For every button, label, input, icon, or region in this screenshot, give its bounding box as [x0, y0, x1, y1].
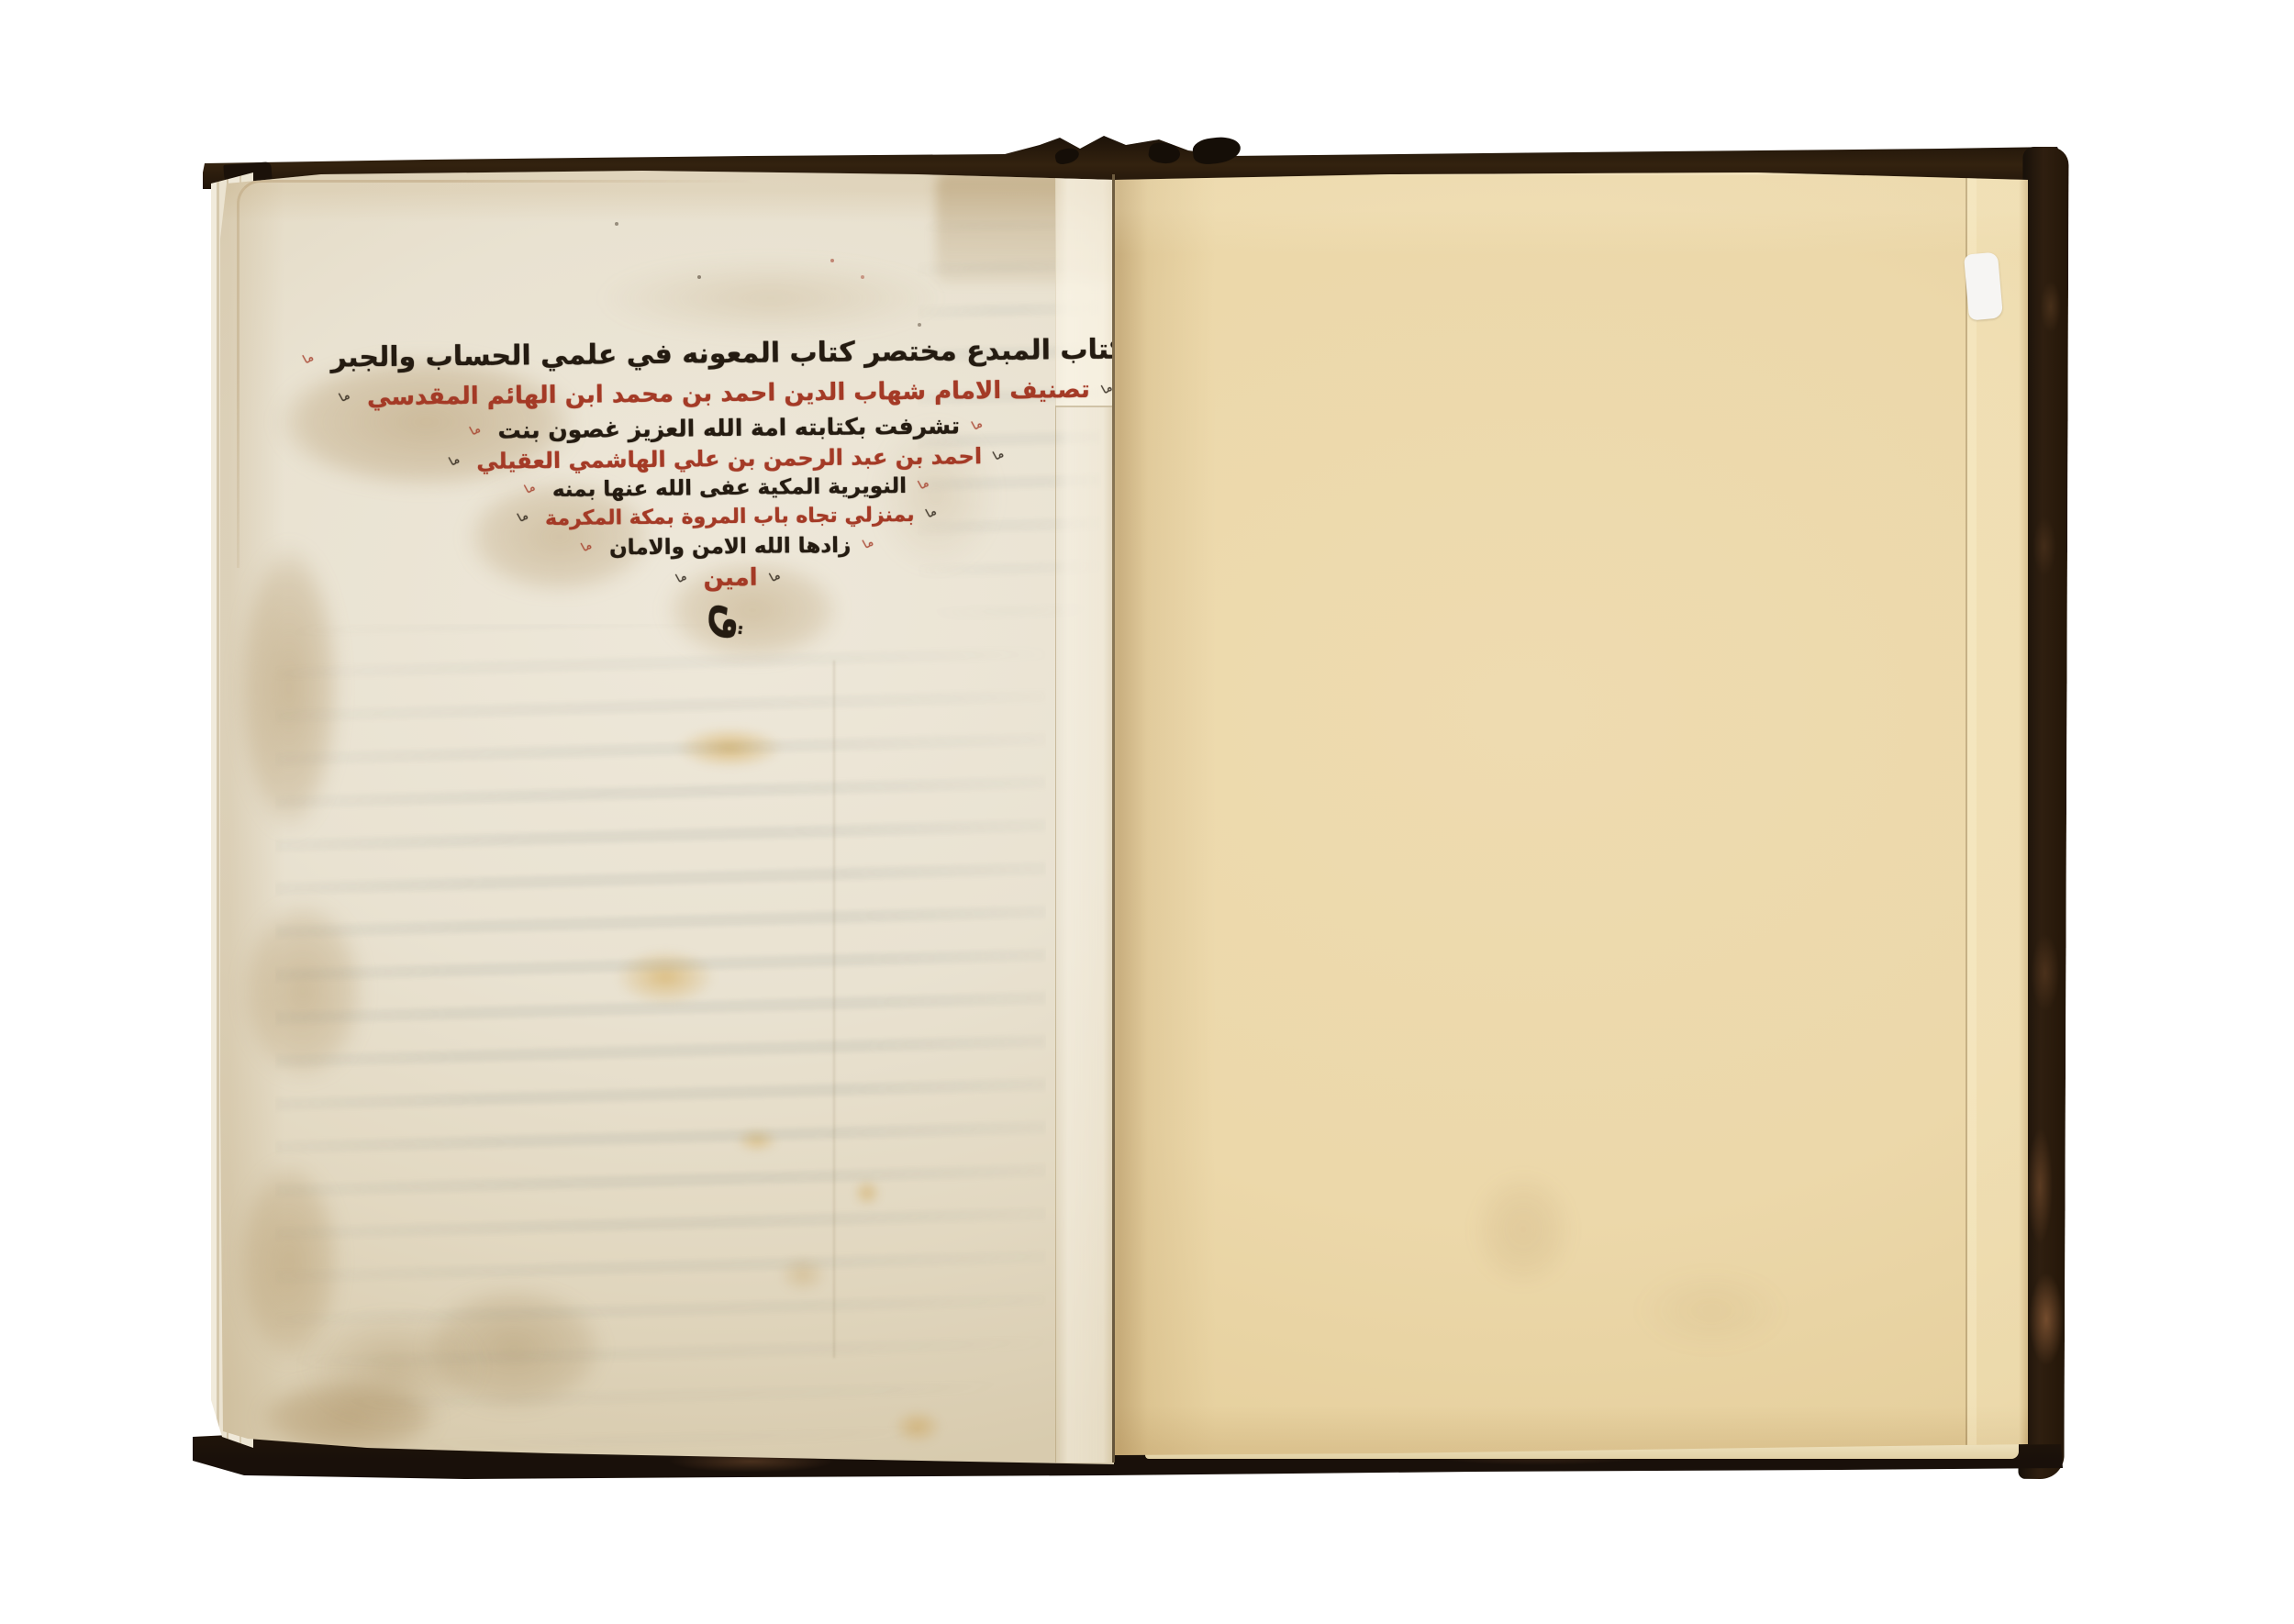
marginal-mark: ما	[515, 508, 530, 525]
line-text: احمد بن عبد الرحمن بن علي الهاشمي العقيل…	[476, 443, 982, 474]
line-text: بمنزلي تجاه باب المروة بمكة المكرمة	[545, 504, 915, 530]
left-page: ماكتاب المبدع مختصر كتاب المعونه في علمي…	[220, 167, 1114, 1464]
line-text: النويرية المكية عفى الله عنها بمنه	[552, 474, 908, 502]
marginal-mark: ما	[991, 447, 1007, 463]
ink-speck	[615, 222, 618, 226]
line-text: امين	[703, 564, 757, 593]
marginal-mark: ما	[924, 505, 940, 521]
line-text: تشرفت بكتابته امة الله العزيز غصون بنت	[497, 412, 960, 443]
paper-crease	[833, 661, 835, 1358]
manuscript-line-7: مازادها الله الامن والامانما	[585, 533, 875, 565]
title-text-block: ماكتاب المبدع مختصر كتاب المعونه في علمي…	[452, 335, 1006, 640]
marginal-mark: ما	[522, 480, 538, 496]
inventory-sticker	[1964, 252, 2003, 321]
marginal-mark: ما	[969, 417, 985, 433]
gutter-shadow	[1112, 174, 1115, 1463]
stain	[1459, 1156, 1587, 1303]
manuscript-line-8: ماامينما	[678, 563, 782, 592]
right-page	[1115, 172, 2028, 1455]
marginal-mark: ما	[767, 568, 783, 584]
manuscript-photo: ماكتاب المبدع مختصر كتاب المعونه في علمي…	[0, 0, 2294, 1624]
manuscript-line-5: ماالنويرية المكية عفى الله عنها بمنهما	[528, 474, 931, 508]
stain	[1610, 1255, 1812, 1365]
ink-speck	[830, 259, 834, 262]
ink-speck	[861, 275, 864, 279]
marginal-mark: ما	[468, 422, 484, 439]
marginal-mark: ما	[579, 539, 595, 555]
ink-bleedthrough	[275, 624, 1046, 1450]
manuscript-line-6: مابمنزلي تجاه باب المروة بمكة المكرمةما	[520, 504, 940, 538]
manuscript-line-3: ماتشرفت بكتابته امة الله العزيز غصون بنت…	[473, 412, 985, 449]
marginal-mark: ما	[916, 476, 931, 493]
catchword-flourish: ق	[707, 603, 752, 644]
line-text: زادها الله الامن والامان	[609, 534, 851, 561]
ink-speck	[697, 275, 701, 279]
right-page-fore-edge-line	[1965, 176, 2028, 1446]
marginal-mark: ما	[860, 535, 875, 551]
manuscript-line-2: ماتصنيف الامام شهاب الدين احمد بن محمد ا…	[342, 376, 1115, 419]
marginal-mark: ما	[674, 570, 689, 586]
